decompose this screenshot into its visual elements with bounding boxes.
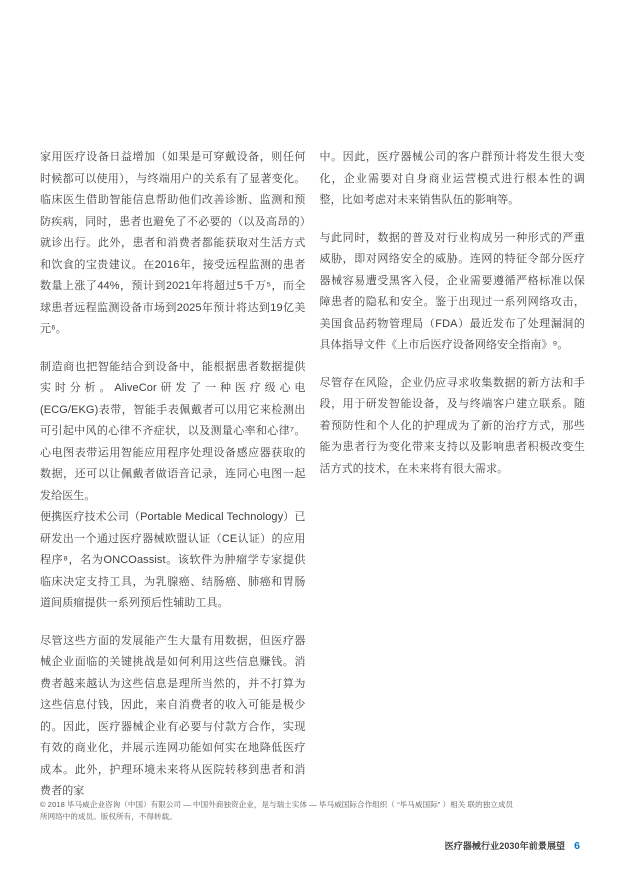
copyright-line-2: 所网络中的成员。版权所有，不得转载。 (40, 811, 580, 823)
page-content: 家用医疗设备日益增加（如果是可穿戴设备，则任何时候都可以使用），与终端用户的关系… (40, 147, 585, 819)
copyright-line-1: © 2018 毕马威企业咨询（中国）有限公司 — 中国外商独资企业，是与瑞士实体… (40, 799, 580, 811)
right-paragraph-3: 尽管存在风险，企业仍应寻求收集数据的新方法和手段，用于研发智能设备，及与终端客户… (320, 373, 586, 481)
footer-title-bar: 医疗器械行业2030年前景展望 6 (445, 839, 580, 852)
right-paragraph-2: 与此同时，数据的普及对行业构成另一种形式的严重威胁，即对网络安全的威胁。连网的特… (320, 228, 586, 357)
document-title: 医疗器械行业2030年前景展望 (445, 839, 566, 852)
left-paragraph-1: 家用医疗设备日益增加（如果是可穿戴设备，则任何时候都可以使用），与终端用户的关系… (40, 147, 306, 341)
document-page: 家用医疗设备日益增加（如果是可穿戴设备，则任何时候都可以使用），与终端用户的关系… (0, 0, 620, 877)
left-paragraph-2a: 制造商也把智能结合到设备中，能根据患者数据提供实时分析。AliveCor研发了一… (40, 357, 306, 508)
left-paragraph-3: 尽管这些方面的发展能产生大量有用数据，但医疗器械企业面临的关键挑战是如何利用这些… (40, 631, 306, 803)
right-paragraph-1: 中。因此，医疗器械公司的客户群预计将发生很大变化，企业需要对自身商业运营模式进行… (320, 147, 586, 212)
page-number: 6 (574, 840, 580, 852)
left-paragraph-2b: 便携医疗技术公司（Portable Medical Technology）已研发… (40, 507, 306, 615)
left-column: 家用医疗设备日益增加（如果是可穿戴设备，则任何时候都可以使用），与终端用户的关系… (40, 147, 306, 819)
copyright-notice: © 2018 毕马威企业咨询（中国）有限公司 — 中国外商独资企业，是与瑞士实体… (40, 799, 580, 822)
right-column: 中。因此，医疗器械公司的客户群预计将发生很大变化，企业需要对自身商业运营模式进行… (320, 147, 586, 819)
